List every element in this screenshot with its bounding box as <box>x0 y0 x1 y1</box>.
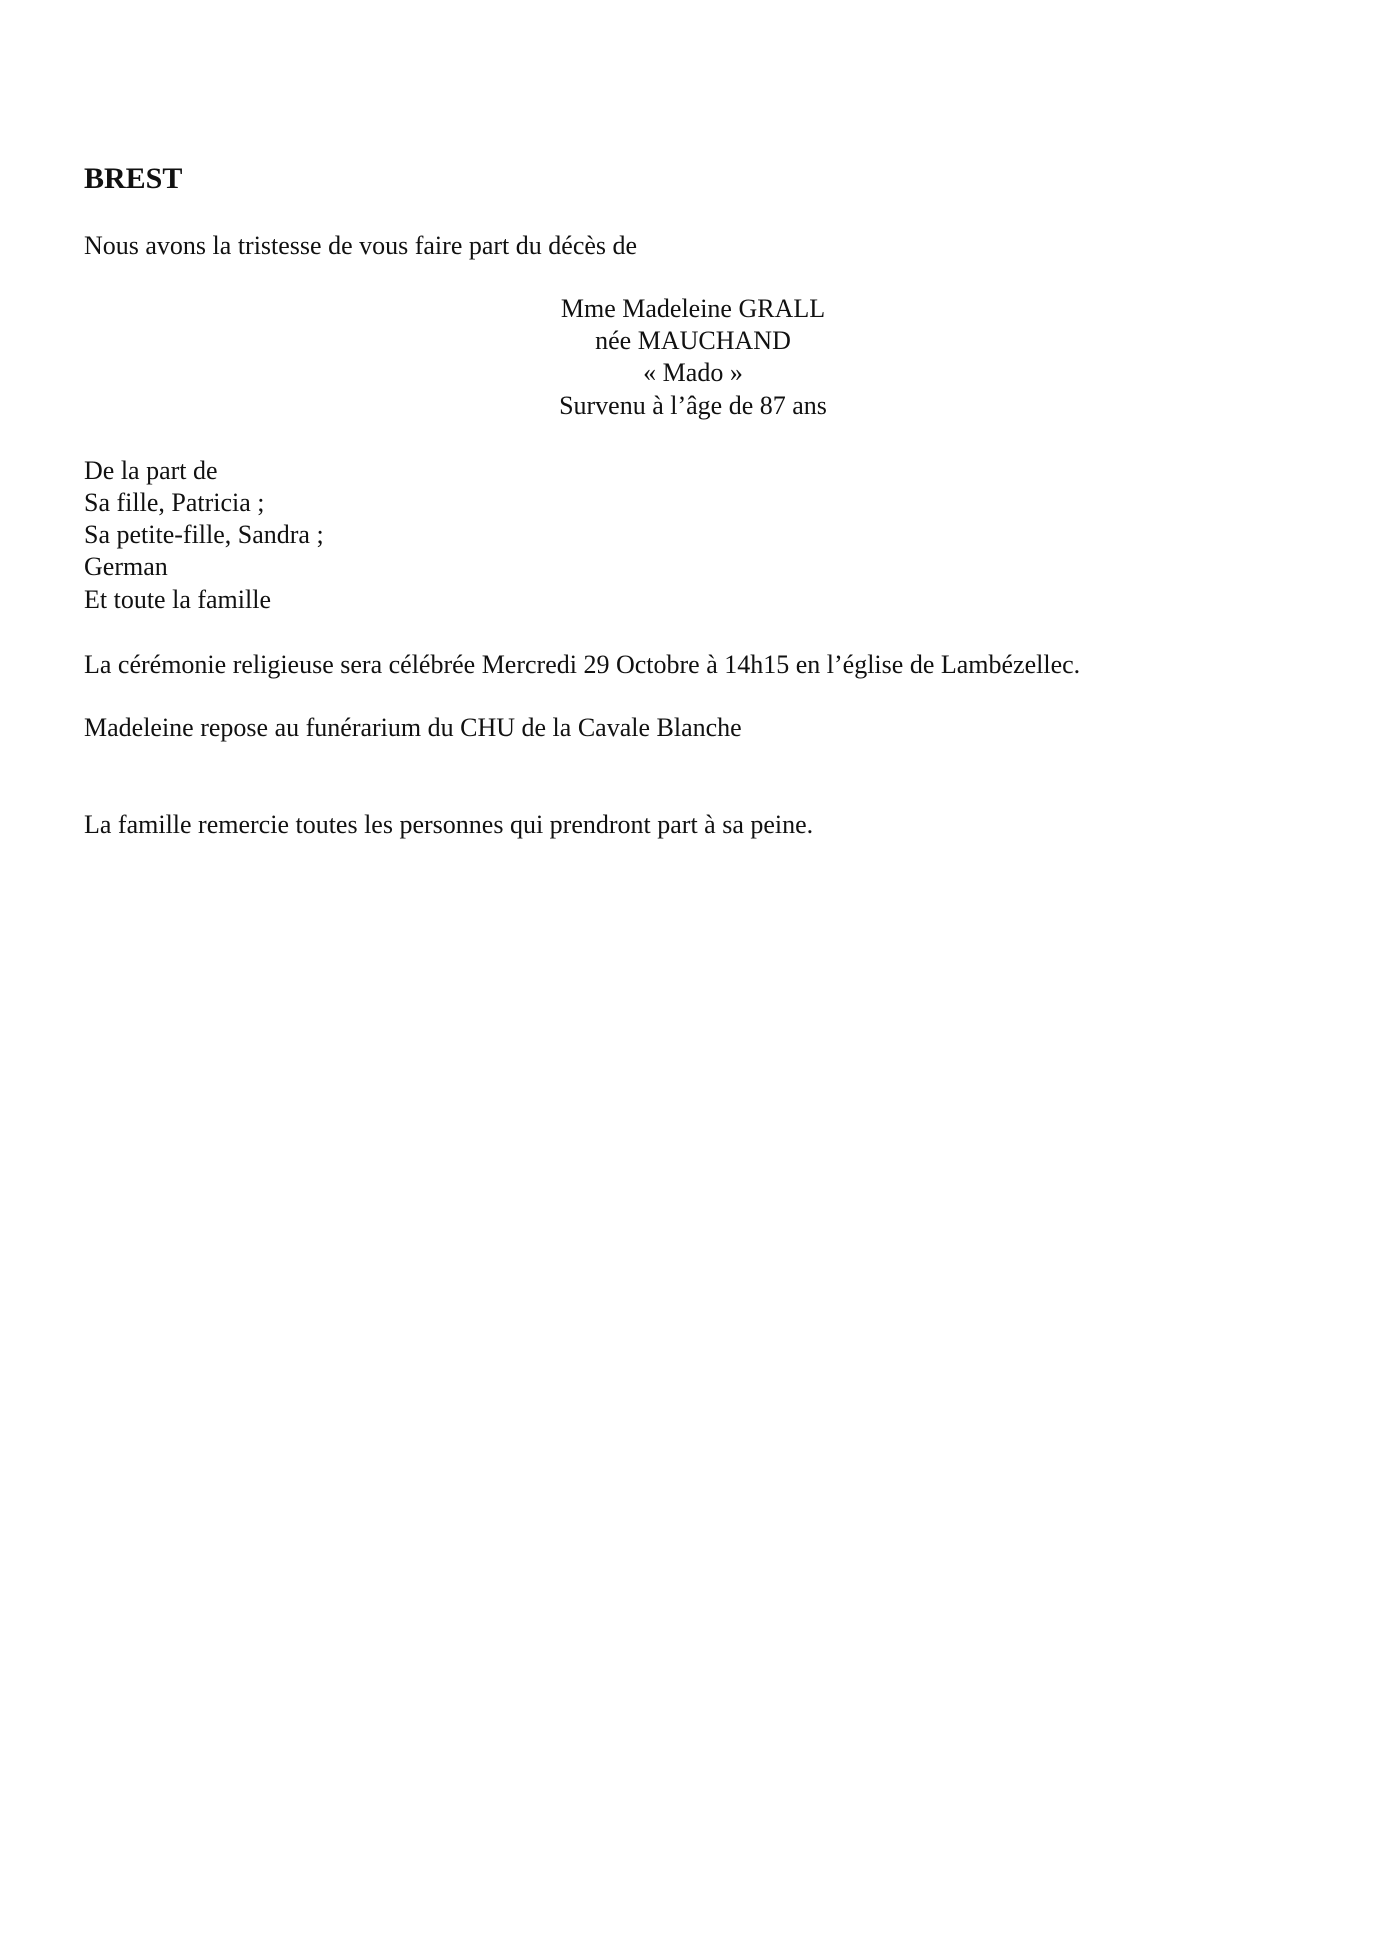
ceremony-text: La cérémonie religieuse sera célébrée Me… <box>84 649 1080 681</box>
thanks-text: La famille remercie toutes les personnes… <box>84 809 813 841</box>
deceased-name: Mme Madeleine GRALL <box>0 293 1378 325</box>
family-heading: De la part de <box>84 455 218 487</box>
family-member: Et toute la famille <box>84 584 271 616</box>
obituary-page: BREST Nous avons la tristesse de vous fa… <box>0 0 1378 1949</box>
city-heading: BREST <box>84 163 182 195</box>
age-line: Survenu à l’âge de 87 ans <box>0 390 1378 422</box>
family-member: Sa petite-fille, Sandra ; <box>84 519 324 551</box>
maiden-name: née MAUCHAND <box>0 325 1378 357</box>
family-member: German <box>84 551 168 583</box>
rest-place-text: Madeleine repose au funérarium du CHU de… <box>84 712 742 744</box>
nickname: « Mado » <box>0 357 1378 389</box>
intro-text: Nous avons la tristesse de vous faire pa… <box>84 230 637 262</box>
family-member: Sa fille, Patricia ; <box>84 487 265 519</box>
